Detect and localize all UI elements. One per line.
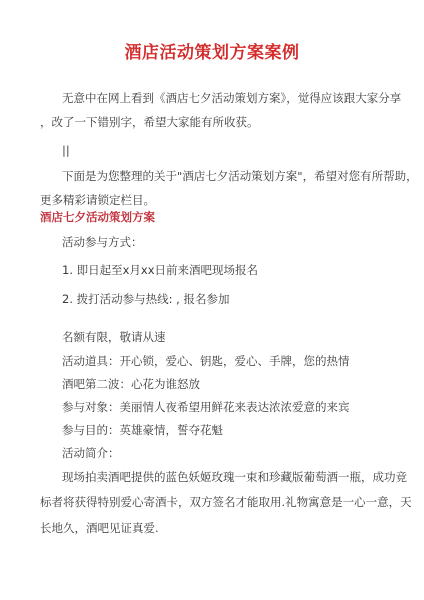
participation-heading: 活动参与方式： <box>62 234 143 250</box>
intro-line-1: 无意中在网上看到《酒店七夕活动策划方案》，觉得应该跟大家分享 <box>62 90 401 106</box>
document-page: 酒店活动策划方案案例 无意中在网上看到《酒店七夕活动策划方案》，觉得应该跟大家分… <box>0 0 424 600</box>
preface-line-1: 下面是为您整理的关于"酒店七夕活动策划方案"，希望对您有所帮助， <box>62 168 418 184</box>
detail-audience: 参与对象：美丽情人夜希望用鲜花来表达浓浓爱意的来宾 <box>62 399 350 415</box>
intro-line-2: ，改了一下错别字，希望大家能有所收获。 <box>40 114 259 130</box>
description-line-1: 现场拍卖酒吧提供的蓝色妖姬玫瑰一束和珍藏版葡萄酒一瓶，成功竞 <box>62 469 407 485</box>
detail-intro-heading: 活动简介： <box>62 445 120 461</box>
description-line-2: 标者将获得特别爱心寄酒卡，双方签名才能取用.礼物寓意是一心一意，天 <box>40 494 412 510</box>
separator-mark: || <box>62 142 70 158</box>
description-line-3: 长地久，酒吧见证真爱. <box>40 520 159 536</box>
detail-quota: 名额有限，敬请从速 <box>62 329 166 345</box>
preface-line-2: 更多精彩请锁定栏目。 <box>40 192 155 208</box>
participation-item-1: 1. 即日起至x月xx日前来酒吧现场报名 <box>62 262 258 278</box>
detail-purpose: 参与目的：英雄豪情，誓夺花魁 <box>62 422 223 438</box>
detail-second-wave: 酒吧第二波：心花为谁怒放 <box>62 376 200 392</box>
document-title: 酒店活动策划方案案例 <box>0 41 424 65</box>
participation-item-2: 2. 拨打活动参与热线: , 报名参加 <box>62 291 229 307</box>
detail-props: 活动道具：开心锁，爱心、钥匙，爱心、手牌，您的热情 <box>62 353 350 369</box>
section-subtitle: 酒店七夕活动策划方案 <box>40 209 155 225</box>
